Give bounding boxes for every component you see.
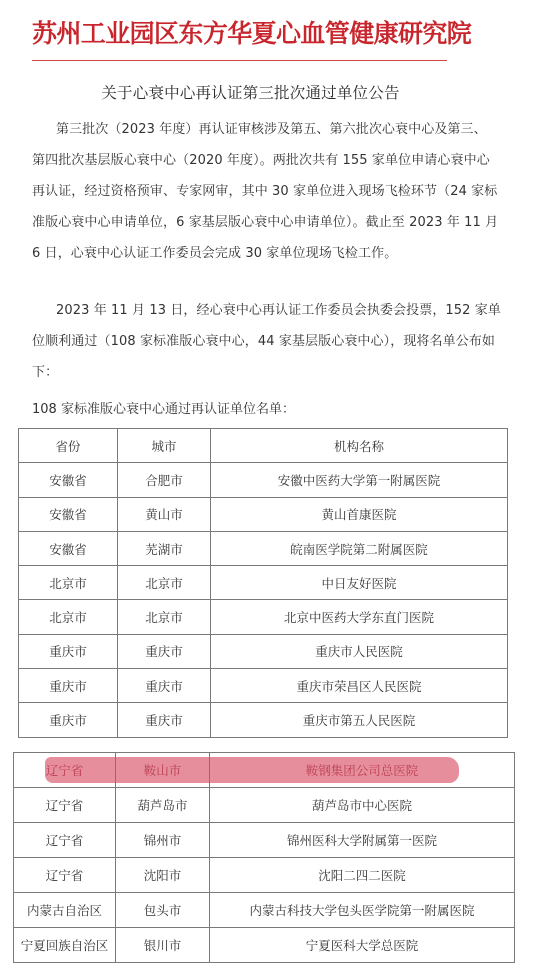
cell-province: 北京市 bbox=[19, 600, 118, 634]
cell-city: 锦州市 bbox=[116, 823, 210, 858]
column-header-institution: 机构名称 bbox=[211, 429, 508, 463]
cell-province: 重庆市 bbox=[19, 634, 118, 668]
cell-province: 安徽省 bbox=[19, 531, 118, 565]
cell-city: 包头市 bbox=[116, 893, 210, 928]
paragraph-line: 2023 年 11 月 13 日，经心衰中心再认证工作委员会执委会投票，152 … bbox=[32, 295, 452, 326]
table-row: 安徽省 黄山市 黄山首康医院 bbox=[19, 497, 508, 531]
document-title: 关于心衰中心再认证第三批次通过单位公告 bbox=[0, 81, 533, 105]
paragraph-line: 下： bbox=[32, 357, 452, 388]
table-row: 安徽省 合肥市 安徽中医药大学第一附属医院 bbox=[19, 463, 508, 497]
list-label: 108 家标准版心衰中心通过再认证单位名单： bbox=[32, 398, 295, 422]
units-table-part2: 辽宁省 鞍山市 鞍钢集团公司总医院 辽宁省 葫芦岛市 葫芦岛市中心医院 辽宁省 … bbox=[13, 752, 515, 963]
cell-institution: 鞍钢集团公司总医院 bbox=[210, 753, 515, 788]
cell-city: 重庆市 bbox=[118, 669, 211, 703]
cell-institution: 内蒙古科技大学包头医学院第一附属医院 bbox=[210, 893, 515, 928]
paragraph-line: 第三批次（2023 年度）再认证审核涉及第五、第六批次心衰中心及第三、 bbox=[32, 114, 452, 145]
cell-city: 芜湖市 bbox=[118, 531, 211, 565]
cell-city: 重庆市 bbox=[118, 634, 211, 668]
paragraph-line: 再认证，经过资格预审、专家网审，其中 30 家单位进入现场飞检环节（24 家标 bbox=[32, 176, 452, 207]
table-row: 北京市 北京市 北京中医药大学东直门医院 bbox=[19, 600, 508, 634]
cell-province: 辽宁省 bbox=[14, 753, 116, 788]
cell-province: 辽宁省 bbox=[14, 823, 116, 858]
table-row: 辽宁省 锦州市 锦州医科大学附属第一医院 bbox=[14, 823, 515, 858]
cell-institution: 宁夏医科大学总医院 bbox=[210, 928, 515, 963]
cell-province: 重庆市 bbox=[19, 703, 118, 737]
cell-province: 安徽省 bbox=[19, 463, 118, 497]
column-header-province: 省份 bbox=[19, 429, 118, 463]
cell-city: 鞍山市 bbox=[116, 753, 210, 788]
cell-city: 黄山市 bbox=[118, 497, 211, 531]
cell-institution: 重庆市第五人民医院 bbox=[211, 703, 508, 737]
cell-province: 重庆市 bbox=[19, 669, 118, 703]
units-table-part1: 省份 城市 机构名称 安徽省 合肥市 安徽中医药大学第一附属医院 安徽省 黄山市… bbox=[18, 428, 508, 738]
cell-institution: 重庆市荣昌区人民医院 bbox=[211, 669, 508, 703]
table-row: 辽宁省 葫芦岛市 葫芦岛市中心医院 bbox=[14, 788, 515, 823]
paragraph-line: 第四批次基层版心衰中心（2020 年度）。两批次共有 155 家单位申请心衰中心 bbox=[32, 145, 452, 176]
column-header-city: 城市 bbox=[118, 429, 211, 463]
table-row: 安徽省 芜湖市 皖南医学院第二附属医院 bbox=[19, 531, 508, 565]
table-row-highlighted: 辽宁省 鞍山市 鞍钢集团公司总医院 bbox=[14, 753, 515, 788]
cell-institution: 中日友好医院 bbox=[211, 566, 508, 600]
cell-institution: 锦州医科大学附属第一医院 bbox=[210, 823, 515, 858]
document-title-text: 关于心衰中心再认证第三批次通过单位公告 bbox=[101, 81, 399, 105]
cell-province: 安徽省 bbox=[19, 497, 118, 531]
table-row: 宁夏回族自治区 银川市 宁夏医科大学总医院 bbox=[14, 928, 515, 963]
cell-city: 沈阳市 bbox=[116, 858, 210, 893]
cell-province: 宁夏回族自治区 bbox=[14, 928, 116, 963]
table-row: 重庆市 重庆市 重庆市荣昌区人民医院 bbox=[19, 669, 508, 703]
cell-city: 银川市 bbox=[116, 928, 210, 963]
table-row: 北京市 北京市 中日友好医院 bbox=[19, 566, 508, 600]
cell-city: 葫芦岛市 bbox=[116, 788, 210, 823]
cell-city: 北京市 bbox=[118, 600, 211, 634]
cell-province: 北京市 bbox=[19, 566, 118, 600]
cell-institution: 重庆市人民医院 bbox=[211, 634, 508, 668]
cell-institution: 北京中医药大学东直门医院 bbox=[211, 600, 508, 634]
paragraph-intro: 第三批次（2023 年度）再认证审核涉及第五、第六批次心衰中心及第三、 第四批次… bbox=[32, 114, 452, 269]
table-header-row: 省份 城市 机构名称 bbox=[19, 429, 508, 463]
cell-institution: 沈阳二四二医院 bbox=[210, 858, 515, 893]
table-row: 内蒙古自治区 包头市 内蒙古科技大学包头医学院第一附属医院 bbox=[14, 893, 515, 928]
paragraph-line: 准版心衰中心申请单位，6 家基层版心衰中心申请单位）。截止至 2023 年 11… bbox=[32, 207, 452, 238]
cell-province: 辽宁省 bbox=[14, 858, 116, 893]
paragraph-result: 2023 年 11 月 13 日，经心衰中心再认证工作委员会执委会投票，152 … bbox=[32, 295, 452, 388]
cell-province: 内蒙古自治区 bbox=[14, 893, 116, 928]
table-row: 重庆市 重庆市 重庆市人民医院 bbox=[19, 634, 508, 668]
cell-institution: 黄山首康医院 bbox=[211, 497, 508, 531]
cell-city: 合肥市 bbox=[118, 463, 211, 497]
header-divider bbox=[32, 60, 447, 61]
table-row: 辽宁省 沈阳市 沈阳二四二医院 bbox=[14, 858, 515, 893]
cell-institution: 皖南医学院第二附属医院 bbox=[211, 531, 508, 565]
cell-city: 北京市 bbox=[118, 566, 211, 600]
table-row: 重庆市 重庆市 重庆市第五人民医院 bbox=[19, 703, 508, 737]
cell-institution: 葫芦岛市中心医院 bbox=[210, 788, 515, 823]
paragraph-line: 位顺利通过（108 家标准版心衰中心，44 家基层版心衰中心），现将名单公布如 bbox=[32, 326, 452, 357]
paragraph-line: 6 日，心衰中心认证工作委员会完成 30 家单位现场飞检工作。 bbox=[32, 238, 452, 269]
cell-institution: 安徽中医药大学第一附属医院 bbox=[211, 463, 508, 497]
cell-city: 重庆市 bbox=[118, 703, 211, 737]
cell-province: 辽宁省 bbox=[14, 788, 116, 823]
organization-title: 苏州工业园区东方华夏心血管健康研究院 bbox=[32, 16, 452, 52]
